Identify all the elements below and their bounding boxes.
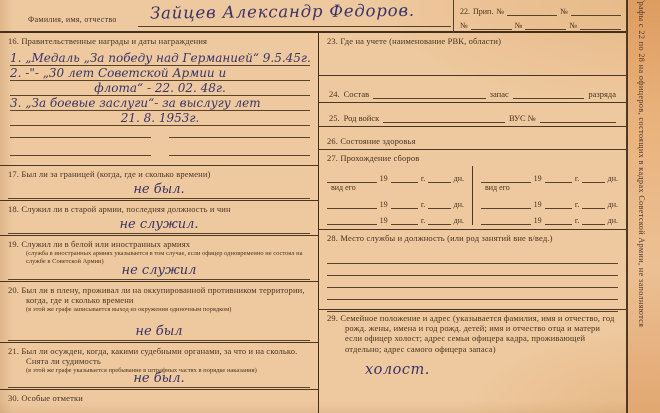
field-22-number: 22. — [460, 7, 470, 16]
write-in-line — [169, 138, 310, 156]
write-in-line — [327, 288, 618, 300]
training-date-row: 19г.дн. — [327, 168, 464, 183]
section-number: 18. — [8, 204, 19, 214]
margin-note-vertical: Графы с 22 по 28 на офицеров, состоящих … — [637, 0, 646, 413]
section-title: Состояние здоровья — [340, 136, 415, 146]
days-suffix: дн. — [454, 174, 464, 183]
section-title: Был ли в плену, проживал ли на оккупиров… — [21, 285, 304, 305]
section-27-heading: 27. Прохождение сборов — [319, 150, 626, 163]
section-25-branch: 25. Род войск ВУС № — [319, 103, 626, 127]
year-prefix: 19 — [380, 174, 388, 183]
field-22-row-1: 22. Прип. № № — [460, 2, 621, 16]
zapas-label: запас — [490, 89, 509, 99]
section-number: 20. — [8, 285, 19, 295]
training-subcolumn-left: 19г.дн. вид его 19г.дн. 19г.дн. — [319, 166, 473, 225]
year-suffix: г. — [575, 216, 579, 225]
award-line-2: 2. -"- „30 лет Советской Армии и — [10, 66, 310, 81]
page-edge-margin: Графы с 22 по 28 на офицеров, состоящих … — [626, 0, 660, 413]
section-21-answer: не был. — [8, 371, 310, 388]
section-title: Служил ли в белой или иностранных армиях — [21, 239, 190, 249]
section-24-row: 24. Состав запас разряда — [319, 89, 626, 99]
days-suffix: дн. — [454, 200, 464, 209]
training-date-row: 19г.дн. — [481, 209, 618, 225]
write-in-line — [513, 90, 585, 99]
section-16-awards: 16. Правительственные награды и даты наг… — [0, 33, 318, 166]
write-in-line — [327, 264, 618, 276]
write-in-line — [327, 252, 618, 264]
year-prefix: 19 — [380, 216, 388, 225]
razryad-label: разряда — [588, 89, 616, 99]
award-line-3: флота“ - 22. 02. 48г. — [10, 81, 310, 96]
write-in-line — [582, 216, 604, 225]
number-sign: № — [460, 21, 468, 30]
days-suffix: дн. — [608, 174, 618, 183]
year-prefix: 19 — [534, 174, 542, 183]
days-suffix: дн. — [608, 216, 618, 225]
training-grid: 19г.дн. вид его 19г.дн. 19г.дн. 19г.дн. … — [319, 166, 626, 225]
year-prefix: 19 — [534, 200, 542, 209]
number-sign: № — [496, 7, 504, 16]
section-number: 27. — [327, 153, 338, 163]
write-in-line — [580, 21, 621, 30]
section-26-health: 26. Состояние здоровья — [319, 127, 626, 150]
section-19-foreign-armies: 19. Служил ли в белой или иностранных ар… — [0, 236, 318, 282]
section-24-category: 24. Состав запас разряда — [319, 76, 626, 103]
write-in-line — [582, 200, 604, 209]
write-in-line — [327, 276, 618, 288]
section-28-workplace: 28. Место службы и должность (или род за… — [319, 230, 626, 310]
number-sign: № — [560, 7, 568, 16]
write-in-line — [169, 126, 310, 138]
year-prefix: 19 — [534, 216, 542, 225]
write-in-line — [525, 21, 566, 30]
section-number: 29. — [327, 313, 338, 323]
days-suffix: дн. — [608, 200, 618, 209]
section-number: 16. — [8, 36, 19, 46]
section-30-special-notes: 30. Особые отметки — [0, 390, 318, 413]
year-suffix: г. — [421, 216, 425, 225]
training-date-row: 19г.дн. — [327, 193, 464, 209]
section-18-heading: 18. Служил ли в старой армии, последняя … — [0, 201, 318, 214]
write-in-line — [428, 174, 450, 183]
year-suffix: г. — [421, 174, 425, 183]
days-suffix: дн. — [454, 216, 464, 225]
section-17-heading: 17. Был ли за границей (когда, где и ско… — [0, 166, 318, 179]
right-column: 23. Где на учете (наименование РВК, обла… — [318, 33, 626, 413]
sostav-label: Состав — [344, 89, 370, 99]
year-suffix: г. — [421, 200, 425, 209]
section-number: 23. — [327, 36, 338, 46]
section-29-family: 29. Семейное положение и адрес (указывае… — [319, 310, 626, 413]
write-in-line — [481, 174, 531, 183]
year-prefix: 19 — [380, 200, 388, 209]
write-in-line — [481, 200, 531, 209]
write-in-line — [545, 174, 572, 183]
write-in-line — [327, 200, 377, 209]
award-line-5: 21. 8. 1953г. — [10, 111, 310, 126]
year-suffix: г. — [575, 174, 579, 183]
section-number: 21. — [8, 346, 19, 356]
section-17-answer: не был. — [8, 182, 310, 199]
write-in-line — [540, 114, 616, 123]
field-22-label: Прип. — [473, 7, 493, 16]
section-26-heading: 26. Состояние здоровья — [319, 127, 626, 146]
awards-handwritten-block: 1. „Медаль „За победу над Германией“ 9.5… — [0, 51, 318, 126]
write-in-line — [507, 7, 557, 16]
section-20-heading: 20. Был ли в плену, проживал ли на оккуп… — [0, 282, 318, 305]
military-record-form: Фамилия, имя, отчество Зайцев Александр … — [0, 0, 660, 413]
section-title: Семейное положение и адрес (указывается … — [340, 313, 614, 354]
section-21-convictions: 21. Был ли осужден, когда, какими судебн… — [0, 343, 318, 390]
left-column: 16. Правительственные награды и даты наг… — [0, 33, 318, 413]
write-in-line — [10, 126, 151, 138]
section-29-answer: холост. — [365, 362, 626, 378]
award-line-1: 1. „Медаль „За победу над Германией“ 9.5… — [10, 51, 310, 66]
section-20-small-print: (в этой же графе записывается выход из о… — [0, 305, 318, 314]
training-kind-label: вид его — [481, 183, 618, 193]
section-18-answer: не служил. — [8, 217, 310, 234]
write-in-line — [373, 90, 486, 99]
section-number: 28. — [327, 233, 338, 243]
section-19-heading: 19. Служил ли в белой или иностранных ар… — [0, 236, 318, 249]
training-subcolumn-right: 19г.дн. вид его 19г.дн. 19г.дн. — [473, 166, 626, 225]
name-value-handwritten: Зайцев Александр Федоров. — [150, 0, 450, 22]
section-title: Место службы и должность (или род заняти… — [340, 233, 552, 243]
section-title: Прохождение сборов — [340, 153, 419, 163]
number-sign: № — [515, 21, 523, 30]
write-in-line — [571, 7, 621, 16]
write-in-line — [428, 216, 450, 225]
section-29-heading: 29. Семейное положение и адрес (указывае… — [319, 310, 626, 354]
blank-ruled-row — [10, 138, 310, 156]
section-number: 26. — [327, 136, 338, 146]
training-date-row: 19г.дн. — [327, 209, 464, 225]
section-18-old-army: 18. Служил ли в старой армии, последняя … — [0, 201, 318, 236]
write-in-line — [383, 114, 505, 123]
section-title: Правительственные награды и даты награжд… — [21, 36, 207, 46]
write-in-line — [582, 174, 604, 183]
write-in-line — [391, 174, 418, 183]
number-sign: № — [569, 21, 577, 30]
section-20-captivity: 20. Был ли в плену, проживал ли на оккуп… — [0, 282, 318, 343]
training-date-row: 19г.дн. — [481, 168, 618, 183]
section-23-registration: 23. Где на учете (наименование РВК, обла… — [319, 33, 626, 76]
rod-voysk-label: Род войск — [344, 113, 380, 123]
section-number: 24. — [329, 89, 340, 99]
section-title: Где на учете (наименование РВК, области) — [340, 36, 501, 46]
section-title: Был ли за границей (когда, где и сколько… — [21, 169, 210, 179]
section-title: Служил ли в старой армии, последняя долж… — [21, 204, 230, 214]
blank-ruled-row — [10, 126, 310, 138]
header-row: Фамилия, имя, отчество Зайцев Александр … — [0, 0, 626, 33]
write-in-line — [391, 216, 418, 225]
training-kind-label: вид его — [327, 183, 464, 193]
section-number: 25. — [329, 113, 340, 123]
training-date-row: 19г.дн. — [481, 193, 618, 209]
write-in-line — [391, 200, 418, 209]
section-28-heading: 28. Место службы и должность (или род за… — [319, 230, 626, 243]
section-25-row: 25. Род войск ВУС № — [319, 113, 626, 123]
write-in-line — [545, 216, 572, 225]
write-in-line — [545, 200, 572, 209]
section-number: 30. — [8, 393, 19, 403]
field-22-cell: 22. Прип. № № № № № — [453, 0, 626, 33]
section-21-heading: 21. Был ли осужден, когда, какими судебн… — [0, 343, 318, 366]
write-in-line — [327, 174, 377, 183]
year-suffix: г. — [575, 200, 579, 209]
section-title: Был ли осужден, когда, какими судебными … — [21, 346, 297, 366]
write-in-line — [471, 21, 512, 30]
section-20-answer: не был — [8, 324, 310, 341]
section-23-heading: 23. Где на учете (наименование РВК, обла… — [319, 33, 626, 46]
vus-label: ВУС № — [509, 113, 536, 123]
name-write-in-line — [138, 26, 451, 27]
section-16-heading: 16. Правительственные награды и даты наг… — [0, 33, 318, 46]
field-22-row-2: № № № — [460, 16, 621, 30]
section-27-training: 27. Прохождение сборов 19г.дн. вид его 1… — [319, 150, 626, 230]
write-in-line — [10, 138, 151, 156]
write-in-line — [428, 200, 450, 209]
workplace-write-in-lines — [327, 252, 618, 312]
section-19-answer: не служил — [8, 263, 310, 280]
write-in-line — [481, 216, 531, 225]
section-title: Особые отметки — [21, 393, 83, 403]
section-30-heading: 30. Особые отметки — [0, 390, 318, 403]
name-label: Фамилия, имя, отчество — [28, 15, 117, 24]
award-line-4: 3. „За боевые заслуги“- за выслугу лет — [10, 96, 310, 111]
section-number: 17. — [8, 169, 19, 179]
write-in-line — [327, 216, 377, 225]
section-17-abroad: 17. Был ли за границей (когда, где и ско… — [0, 166, 318, 201]
section-number: 19. — [8, 239, 19, 249]
